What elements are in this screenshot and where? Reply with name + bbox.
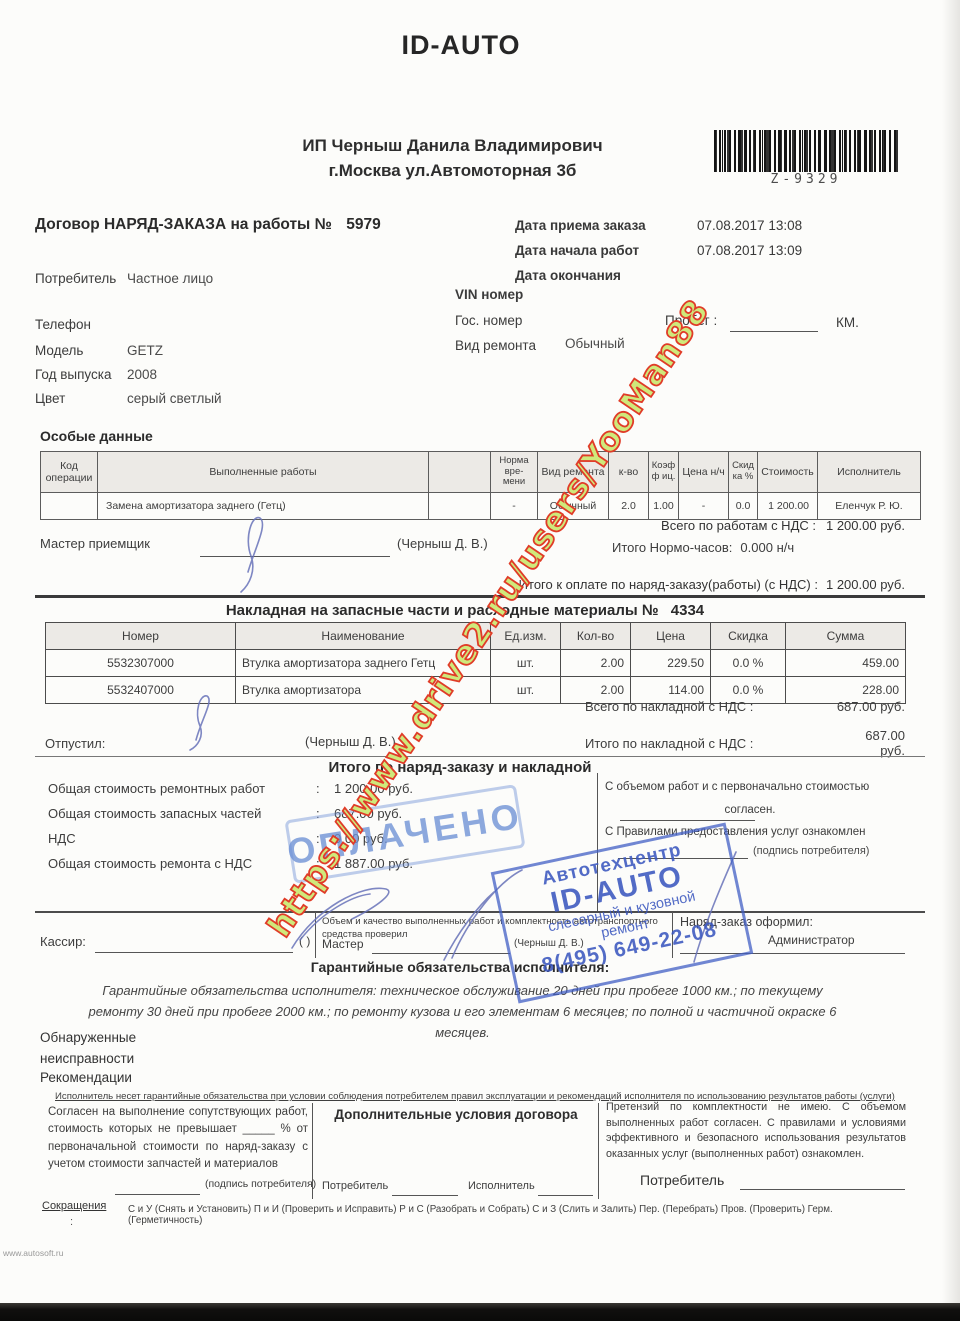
signoff-divider-1 — [315, 912, 316, 958]
signature-hint: (подпись потребителя) — [753, 845, 869, 857]
works-total-row: Всего по работам с НДС : 1 200.00 руб. — [540, 518, 905, 533]
works-cell-coeff: 1.00 — [649, 493, 679, 520]
date-started-value: 07.08.2017 13:09 — [697, 243, 802, 268]
invoice-cell-discount: 0.0 % — [711, 650, 786, 677]
divider-signoff — [35, 911, 925, 913]
mileage-unit: КМ. — [836, 315, 859, 330]
invoice-col-discount: Скидка — [711, 623, 786, 650]
repair-type-label: Вид ремонта — [455, 338, 536, 353]
works-cell-qty: 2.0 — [609, 493, 649, 520]
works-section-title: Особые данные — [40, 428, 153, 444]
scanned-document: ID-AUTO ИП Черныш Данила Владимирович г.… — [0, 0, 960, 1321]
works-col-blank — [429, 452, 491, 493]
customer-label: Потребитель — [35, 271, 116, 286]
invoice-title-label: Накладная на запасные части и расходные … — [226, 602, 659, 619]
master-label: Мастер — [322, 937, 364, 951]
invoice-total-label: Всего по накладной с НДС : — [585, 699, 753, 714]
consent-box: Согласен на выполнение сопутствующих раб… — [48, 1104, 308, 1173]
date-started-row: Дата начала работ 07.08.2017 13:09 — [515, 243, 802, 268]
cashier-paren: ( ) — [299, 934, 310, 948]
invoice-cell-number: 5532307000 — [46, 650, 236, 677]
box-divider-2 — [598, 1103, 599, 1199]
divider-thin — [35, 756, 925, 757]
works-total-due-row: Итого к оплате по наряд-заказу(работы) (… — [300, 577, 905, 592]
vin-label: VIN номер — [455, 287, 523, 302]
recommendations-label: Рекомендации — [40, 1070, 132, 1085]
claims-box: Претензий по комплектности не имею. С об… — [606, 1100, 906, 1163]
order-title: Договор НАРЯД-ЗАКАЗА на работы № 5979 — [35, 216, 381, 234]
works-cell-blank — [429, 493, 491, 520]
invoice-cell-sum: 459.00 — [786, 650, 906, 677]
footer-site: www.autosoft.ru — [3, 1248, 63, 1258]
date-received-label: Дата приема заказа — [515, 218, 697, 243]
brand-title: ID-AUTO — [0, 30, 922, 61]
invoice-cell-unit: шт. — [491, 677, 561, 704]
norm-hours-row: Итого Нормо-часов: 0.000 н/ч — [612, 540, 794, 555]
abbrev-label: Сокращения — [42, 1200, 106, 1212]
works-cell-code — [41, 493, 98, 520]
consumer-line — [392, 1180, 458, 1196]
consent-signature-line — [115, 1178, 200, 1195]
repair-type-value: Обычный — [565, 336, 625, 351]
abbrev-text: С и У (Снять и Установить) П и И (Провер… — [128, 1204, 908, 1226]
company-stamp: Автотехцентр ID-AUTO слесарный и кузовно… — [491, 823, 754, 1004]
consent-sign-hint: (подпись потребителя) — [205, 1178, 316, 1190]
warranty-title: Гарантийные обязательства исполнителя: — [0, 959, 920, 975]
invoice-total2-value: 687.00 руб. — [840, 728, 905, 758]
rules-line: С Правилами предоставления услуг ознаком… — [605, 826, 865, 838]
warranty-text: Гарантийные обязательства исполнителя: т… — [75, 981, 850, 1043]
works-total-label: Всего по работам с НДС : — [661, 518, 816, 533]
invoice-col-sum: Сумма — [786, 623, 906, 650]
works-total-due-value: 1 200.00 руб. — [826, 577, 905, 592]
phone-label: Телефон — [35, 317, 91, 332]
norm-hours-label: Итого Нормо-часов: — [612, 540, 732, 555]
invoice-total-row: Всего по накладной с НДС : 687.00 руб. — [585, 699, 905, 714]
findings-block: Обнаруженные неисправности — [40, 1028, 136, 1070]
date-received-value: 07.08.2017 13:08 — [697, 218, 802, 243]
invoice-total-value: 687.00 руб. — [837, 699, 905, 714]
summary-label: Общая стоимость запасных частей — [48, 806, 316, 831]
scan-bottom-strip — [0, 1303, 960, 1321]
agree-line1: С объемом работ и с первоначально стоимо… — [605, 781, 869, 793]
scan-edge-shadow — [942, 0, 960, 1321]
date-finished-label: Дата окончания — [515, 268, 802, 293]
summary-label: Общая стоимость ремонта с НДС — [48, 856, 316, 881]
year-label: Год выпуска — [35, 367, 112, 382]
abbrev-colon: : — [70, 1216, 73, 1228]
customer-value: Частное лицо — [127, 271, 213, 286]
released-label: Отпустил: — [45, 736, 105, 751]
claims-consumer-label: Потребитель — [640, 1172, 724, 1188]
color-value: серый светлый — [127, 391, 222, 406]
summary-title: Итого по наряд-заказу и накладной — [0, 759, 920, 776]
master-signature-line — [372, 937, 510, 954]
dates-block: Дата приема заказа 07.08.2017 13:08 Дата… — [515, 218, 802, 293]
works-cell-discount: 0.0 — [729, 493, 758, 520]
works-total-due-label: Итого к оплате по наряд-заказу(работы) (… — [519, 577, 818, 592]
works-col-cost: Стоимость — [758, 452, 818, 493]
agree-signature-line — [620, 804, 755, 821]
invoice-cell-unit: шт. — [491, 650, 561, 677]
works-col-price: Цена н/ч — [679, 452, 729, 493]
consumer-label: Потребитель — [322, 1180, 388, 1192]
works-header-row: Код операции Выполненные работы Норма вр… — [41, 452, 921, 493]
works-col-work: Выполненные работы — [98, 452, 429, 493]
barcode-label: Z-9329 — [714, 172, 898, 187]
works-row: Замена амортизатора заднего (Гетц) - Обы… — [41, 493, 921, 520]
findings-line1: Обнаруженные — [40, 1028, 136, 1049]
works-col-norm: Норма вре- мени — [491, 452, 538, 493]
color-label: Цвет — [35, 391, 65, 406]
findings-line2: неисправности — [40, 1049, 136, 1070]
works-total-value: 1 200.00 руб. — [826, 518, 905, 533]
works-col-executor: Исполнитель — [818, 452, 921, 493]
date-started-label: Дата начала работ — [515, 243, 697, 268]
invoice-cell-qty: 2.00 — [561, 650, 631, 677]
invoice-number: 4334 — [671, 602, 704, 619]
invoice-cell-number: 5532407000 — [46, 677, 236, 704]
norm-hours-value: 0.000 н/ч — [740, 540, 794, 555]
works-cell-executor: Еленчук Р. Ю. — [818, 493, 921, 520]
executor-label: Исполнитель — [468, 1180, 535, 1192]
cashier-signature-line — [95, 934, 293, 953]
model-value: GETZ — [127, 343, 163, 358]
invoice-col-qty: Кол-во — [561, 623, 631, 650]
executor-line — [538, 1180, 593, 1196]
works-col-discount: Скидка % — [729, 452, 758, 493]
year-value: 2008 — [127, 367, 157, 382]
works-table: Код операции Выполненные работы Норма вр… — [40, 451, 921, 520]
invoice-col-number: Номер — [46, 623, 236, 650]
box-divider-1 — [312, 1103, 313, 1199]
order-title-label: Договор НАРЯД-ЗАКАЗА на работы № — [35, 216, 332, 233]
order-number: 5979 — [346, 216, 380, 233]
summary-label: Общая стоимость ремонтных работ — [48, 781, 316, 806]
claims-consumer-line — [740, 1172, 905, 1190]
cashier-label: Кассир: — [40, 934, 86, 949]
works-col-code: Код операции — [41, 452, 98, 493]
model-label: Модель — [35, 343, 83, 358]
master-receiver-label: Мастер приемщик — [40, 536, 150, 551]
summary-label: НДС — [48, 831, 316, 856]
works-cell-cost: 1 200.00 — [758, 493, 818, 520]
master-receiver-name: (Черныш Д. В.) — [397, 536, 488, 551]
invoice-cell-price: 229.50 — [631, 650, 711, 677]
works-cell-work: Замена амортизатора заднего (Гетц) — [98, 493, 429, 520]
works-cell-price: - — [679, 493, 729, 520]
master-receiver-signature-line — [200, 536, 390, 557]
invoice-col-price: Цена — [631, 623, 711, 650]
invoice-total2-label: Итого по накладной с НДС : — [585, 736, 753, 751]
plate-label: Гос. номер — [455, 313, 522, 328]
date-received-row: Дата приема заказа 07.08.2017 13:08 — [515, 218, 802, 243]
works-col-coeff: Коэфф иц. — [649, 452, 679, 493]
mileage-blank — [730, 313, 818, 332]
additional-title: Дополнительные условия договора — [320, 1107, 592, 1122]
barcode-image — [714, 130, 898, 172]
works-cell-norm: - — [491, 493, 538, 520]
